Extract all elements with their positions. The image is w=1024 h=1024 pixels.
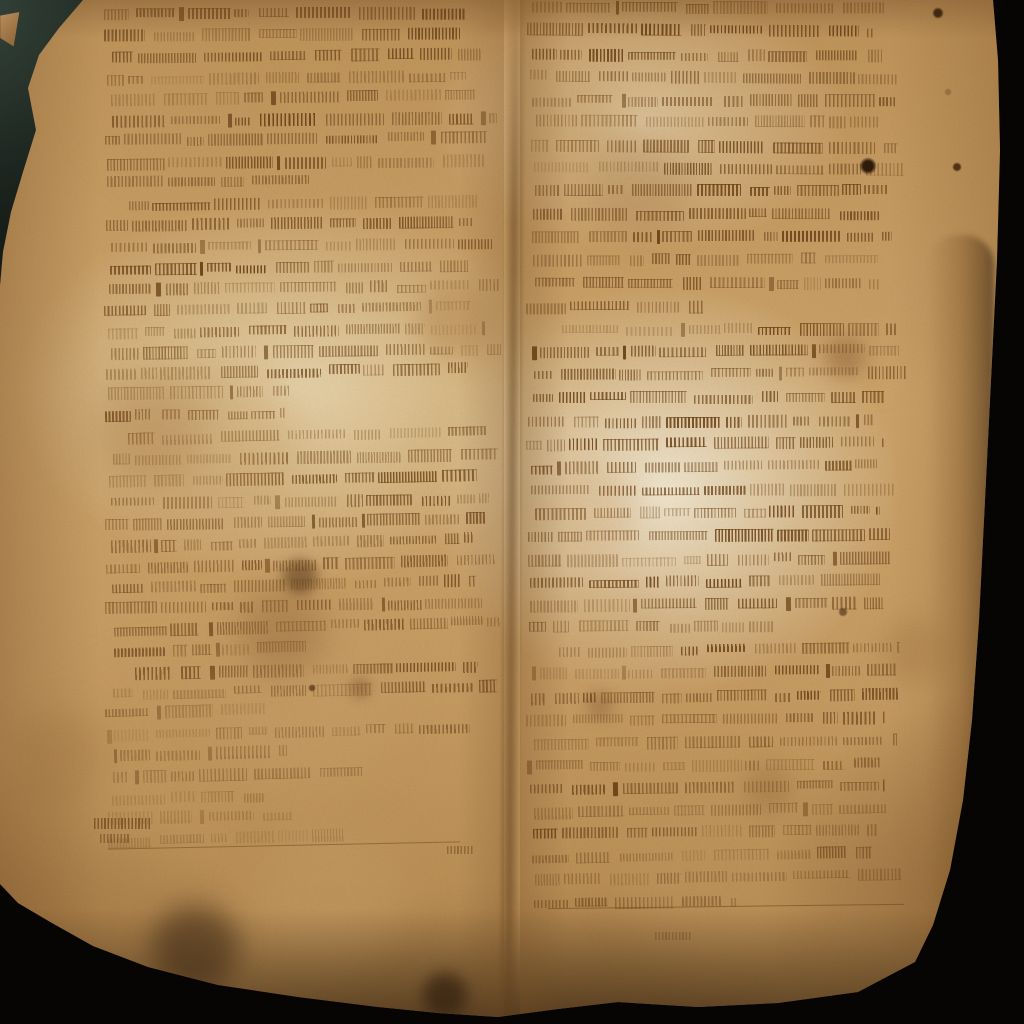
script-word: [842, 184, 861, 195]
stain: [580, 130, 700, 250]
script-word: [851, 505, 870, 513]
script-word: [625, 763, 657, 772]
script-word: [879, 97, 897, 106]
script-word: [697, 254, 739, 265]
script-word: [588, 23, 637, 33]
script-word: [793, 416, 811, 425]
script-word: [798, 94, 819, 107]
script-word: [869, 528, 890, 540]
script-word: [876, 506, 880, 514]
script-word: [844, 483, 896, 495]
script-word: [564, 873, 601, 885]
script-word: [738, 554, 769, 565]
initial-stroke: [623, 344, 626, 360]
script-word: [768, 50, 807, 61]
script-word: [786, 368, 804, 377]
fade-patch: [530, 450, 650, 570]
fade-patch: [407, 272, 503, 368]
script-word: [810, 116, 825, 128]
script-word: [659, 348, 706, 358]
stain: [582, 687, 618, 723]
script-word: [829, 163, 861, 174]
script-word: [864, 414, 874, 425]
script-word: [816, 824, 859, 835]
script-word: [786, 713, 813, 722]
script-word: [642, 487, 700, 495]
script-word: [691, 24, 706, 36]
script-word: [684, 462, 718, 472]
ink-spot: [838, 607, 848, 617]
script-word: [694, 395, 753, 404]
script-word: [534, 371, 552, 379]
script-word: [722, 622, 745, 632]
script-word: [527, 22, 583, 36]
script-word: [637, 302, 679, 313]
script-word: [893, 733, 897, 745]
initial-stroke: [786, 597, 791, 612]
script-word: [666, 416, 720, 427]
script-word: [755, 115, 805, 127]
script-word: [764, 231, 778, 240]
script-word: [562, 324, 618, 332]
script-word: [743, 72, 801, 82]
script-word: [802, 505, 843, 518]
script-word: [762, 391, 778, 402]
script-word: [858, 74, 898, 84]
script-line: [528, 414, 874, 430]
script-word: [596, 737, 639, 747]
script-word: [720, 163, 772, 173]
script-word: [854, 757, 881, 767]
script-word: [534, 807, 573, 820]
parchment-spread: [0, 0, 1024, 1024]
script-word: [686, 693, 713, 702]
script-word: [683, 277, 702, 290]
script-word: [749, 621, 774, 632]
script-word: [750, 94, 793, 106]
script-word: [710, 24, 762, 32]
scribble-mark: [447, 846, 473, 854]
script-word: [681, 53, 708, 61]
initial-stroke: [833, 551, 837, 566]
script-word: [686, 3, 709, 13]
script-word: [777, 529, 809, 541]
script-word: [750, 483, 785, 495]
stain: [0, 700, 120, 820]
script-word: [707, 644, 746, 653]
initial-stroke: [856, 414, 859, 428]
script-line: [533, 391, 884, 405]
script-word: [817, 846, 846, 859]
script-word: [823, 712, 838, 724]
script-word: [797, 780, 833, 789]
script-line: [532, 0, 884, 15]
script-word: [723, 713, 778, 723]
script-word: [589, 49, 625, 62]
script-word: [774, 185, 791, 194]
script-word: [816, 50, 858, 60]
script-word: [526, 440, 542, 449]
script-word: [694, 507, 736, 517]
script-word: [689, 208, 746, 219]
script-word: [706, 578, 742, 587]
script-word: [630, 391, 687, 403]
script-word: [622, 1, 678, 11]
script-word: [596, 347, 619, 356]
script-word: [630, 715, 655, 725]
script-word: [628, 51, 676, 59]
script-word: [619, 369, 641, 380]
script-word: [645, 462, 680, 472]
script-word: [684, 556, 701, 564]
script-word: [756, 369, 774, 377]
script-word: [685, 736, 740, 749]
initial-stroke: [616, 0, 619, 14]
script-word: [830, 689, 855, 701]
script-word: [632, 72, 666, 81]
script-word: [776, 437, 796, 449]
initial-stroke: [779, 366, 782, 381]
script-word: [747, 254, 793, 264]
script-line: [527, 22, 873, 39]
script-word: [862, 391, 884, 403]
script-word: [825, 94, 875, 107]
script-word: [726, 416, 742, 427]
script-word: [800, 437, 833, 448]
script-word: [718, 141, 763, 153]
script-word: [749, 736, 773, 747]
script-word: [647, 371, 703, 380]
script-word: [738, 599, 777, 609]
script-word: [559, 392, 587, 403]
script-word: [570, 301, 629, 310]
script-word: [649, 531, 708, 540]
script-word: [755, 643, 797, 654]
script-word: [812, 803, 833, 814]
script-word: [775, 693, 792, 702]
script-word: [812, 529, 865, 541]
ink-spot: [308, 684, 316, 692]
script-word: [840, 782, 879, 792]
script-word: [628, 280, 673, 289]
script-word: [710, 278, 765, 289]
script-word: [744, 508, 766, 517]
script-word: [662, 96, 714, 105]
script-word: [843, 1, 884, 12]
script-word: [540, 347, 589, 358]
scribble-mark: [100, 834, 130, 843]
manuscript-photo: [0, 0, 1024, 1024]
script-word: [574, 416, 599, 427]
stain: [227, 577, 337, 687]
script-word: [798, 554, 825, 564]
script-word: [776, 3, 835, 13]
script-word: [883, 711, 885, 723]
script-word: [724, 96, 743, 107]
script-word: [858, 869, 902, 882]
script-word: [530, 784, 563, 793]
script-word: [750, 345, 808, 356]
initial-stroke: [769, 277, 774, 291]
script-word: [587, 255, 620, 265]
script-word: [694, 621, 718, 632]
script-word: [622, 557, 676, 567]
script-word: [713, 1, 768, 14]
script-word: [569, 438, 597, 450]
initial-stroke: [681, 323, 685, 337]
script-word: [758, 327, 791, 335]
script-word: [715, 529, 774, 542]
script-word: [797, 185, 839, 196]
script-word: [750, 186, 770, 195]
script-word: [666, 576, 699, 587]
script-word: [534, 900, 570, 908]
script-word: [526, 303, 566, 314]
script-word: [883, 144, 897, 154]
script-word: [776, 165, 824, 174]
script-word: [662, 693, 682, 703]
script-word: [561, 369, 616, 380]
script-word: [841, 436, 874, 446]
script-word: [666, 437, 707, 447]
script-word: [689, 324, 721, 333]
script-word: [532, 231, 579, 243]
script-word: [697, 184, 741, 196]
script-word: [697, 141, 714, 154]
script-word: [631, 346, 656, 357]
script-word: [704, 485, 746, 494]
script-word: [704, 72, 738, 83]
script-word: [749, 575, 770, 586]
script-word: [748, 414, 789, 427]
script-word: [883, 779, 885, 791]
script-word: [526, 714, 566, 726]
script-word: [768, 460, 820, 470]
script-word: [839, 804, 886, 814]
script-word: [575, 897, 608, 906]
ink-spot: [952, 162, 962, 172]
script-word: [664, 508, 691, 516]
script-word: [829, 116, 847, 128]
stain: [872, 610, 952, 690]
script-word: [809, 72, 855, 84]
script-word: [590, 392, 626, 400]
script-word: [681, 646, 698, 655]
script-word: [533, 254, 582, 266]
script-line: [526, 301, 703, 316]
script-word: [716, 345, 744, 356]
script-word: [882, 438, 886, 447]
script-word: [864, 185, 887, 194]
script-word: [626, 326, 673, 335]
script-word: [802, 642, 850, 654]
script-word: [724, 460, 762, 469]
initial-stroke: [826, 663, 830, 678]
initial-stroke: [613, 780, 618, 796]
ink-spot: [859, 157, 877, 175]
script-word: [535, 278, 575, 287]
script-word: [671, 70, 700, 83]
script-word: [867, 824, 878, 836]
script-word: [717, 689, 767, 701]
script-word: [707, 554, 728, 566]
script-word: [705, 599, 729, 611]
script-word: [533, 829, 558, 839]
script-word: [856, 846, 873, 859]
scribble-mark: [655, 932, 691, 940]
script-word: [528, 417, 566, 427]
script-word: [769, 505, 795, 517]
script-word: [772, 208, 830, 219]
script-word: [821, 573, 880, 586]
script-word: [647, 736, 678, 749]
script-word: [662, 714, 717, 723]
script-word: [797, 690, 821, 699]
script-word: [832, 666, 860, 676]
script-line: [534, 733, 897, 752]
script-word: [843, 737, 883, 746]
script-word: [689, 301, 703, 314]
stain: [80, 360, 220, 500]
ink-spot: [944, 88, 952, 96]
initial-stroke: [527, 758, 532, 774]
script-word: [831, 392, 856, 403]
script-word: [868, 49, 882, 62]
script-word: [795, 598, 828, 608]
script-word: [603, 438, 659, 451]
script-word: [534, 739, 589, 751]
scribble-mark: [94, 818, 152, 829]
script-word: [864, 597, 884, 609]
script-word: [708, 117, 748, 126]
script-word: [646, 117, 704, 127]
script-word: [825, 460, 852, 470]
script-word: [532, 1, 562, 12]
fade-patch: [240, 805, 420, 985]
script-word: [862, 687, 898, 700]
script-word: [772, 143, 822, 154]
script-word: [641, 23, 682, 35]
script-word: [642, 415, 662, 427]
script-word: [823, 761, 844, 770]
script-word: [605, 418, 636, 428]
stain: [346, 674, 374, 702]
script-word: [676, 253, 691, 264]
script-word: [829, 25, 859, 36]
script-word: [532, 855, 569, 864]
script-word: [774, 552, 793, 561]
script-word: [790, 483, 837, 495]
script-word: [630, 255, 644, 266]
script-word: [590, 762, 620, 771]
script-word: [572, 785, 605, 795]
script-word: [828, 142, 874, 154]
script-word: [547, 439, 565, 451]
ink-spot: [932, 7, 944, 19]
script-word: [714, 437, 769, 450]
script-word: [850, 116, 879, 127]
script-word: [840, 551, 891, 565]
script-word: [714, 666, 766, 677]
script-word: [855, 459, 877, 468]
script-word: [780, 736, 837, 746]
stain: [738, 760, 798, 820]
script-word: [533, 394, 553, 402]
script-word: [843, 712, 877, 725]
script-word: [769, 25, 821, 37]
script-word: [779, 575, 814, 585]
stain: [819, 331, 871, 383]
script-word: [718, 52, 739, 62]
script-word: [724, 323, 754, 333]
script-word: [867, 28, 873, 37]
script-word: [819, 416, 852, 426]
script-word: [698, 230, 754, 241]
script-word: [583, 277, 624, 288]
script-word: [536, 760, 583, 769]
initial-stroke: [532, 345, 537, 361]
script-word: [775, 665, 819, 674]
script-word: [535, 874, 561, 886]
script-word: [652, 253, 670, 264]
script-word: [566, 2, 610, 12]
script-word: [749, 208, 767, 217]
fade-patch: [785, 205, 965, 385]
script-word: [711, 368, 751, 377]
script-word: [748, 49, 765, 61]
fade-patch: [80, 10, 260, 190]
script-word: [786, 393, 825, 402]
